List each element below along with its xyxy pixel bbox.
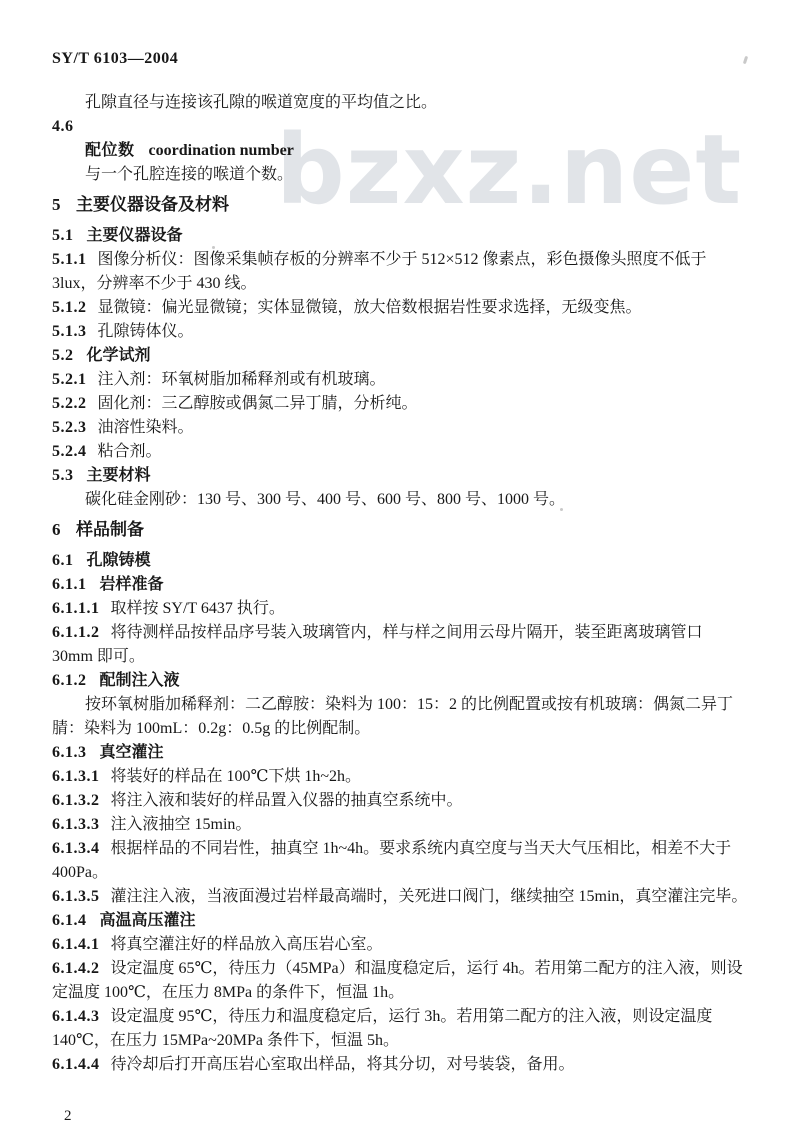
clause-number: 5.1 bbox=[52, 227, 74, 244]
line-text: 主要材料 bbox=[87, 467, 151, 484]
doc-line: 6.1.4高温高压灌注 bbox=[52, 912, 762, 929]
doc-line: 5.2化学试剂 bbox=[52, 347, 762, 364]
line-text: 高温高压灌注 bbox=[100, 912, 196, 929]
clause-number: 6.1 bbox=[52, 552, 74, 569]
line-text: 孔隙直径与连接该孔隙的喉道宽度的平均值之比。 bbox=[85, 94, 437, 111]
scan-artifact bbox=[240, 634, 244, 637]
clause-number: 5 bbox=[52, 195, 61, 214]
clause-number: 6 bbox=[52, 520, 61, 539]
clause-number: 6.1.1.1 bbox=[52, 600, 100, 617]
doc-line: 配位数coordination number bbox=[52, 142, 762, 159]
clause-number: 配位数 bbox=[85, 142, 135, 159]
doc-line: 5.2.4粘合剂。 bbox=[52, 443, 762, 460]
doc-line: 6.1.3.2将注入液和装好的样品置入仪器的抽真空系统中。 bbox=[52, 792, 762, 809]
doc-line: 5主要仪器设备及材料 bbox=[52, 196, 762, 213]
doc-line: 6.1.3真空灌注 bbox=[52, 744, 762, 761]
line-text: 待冷却后打开高压岩心室取出样品，将其分切，对号装袋，备用。 bbox=[111, 1056, 575, 1073]
line-text: 孔隙铸体仪。 bbox=[98, 323, 194, 340]
line-text: 注入剂：环氧树脂加稀释剂或有机玻璃。 bbox=[98, 371, 386, 388]
doc-line: 140℃，在压力 15MPa~20MPa 条件下，恒温 5h。 bbox=[52, 1032, 762, 1049]
line-text: 配制注入液 bbox=[100, 672, 180, 689]
page-number: 2 bbox=[64, 1108, 72, 1125]
doc-line: 5.1.3孔隙铸体仪。 bbox=[52, 323, 762, 340]
clause-number: 6.1.3.2 bbox=[52, 792, 100, 809]
line-text: 油溶性染料。 bbox=[98, 419, 194, 436]
line-text: 30mm 即可。 bbox=[52, 648, 145, 665]
doc-line: 6.1.3.5灌注注入液，当液面漫过岩样最高端时，关死进口阀门，继续抽空 15m… bbox=[52, 888, 762, 905]
line-text: 注入液抽空 15min。 bbox=[111, 816, 252, 833]
line-text: 样品制备 bbox=[76, 520, 144, 539]
line-text: 将待测样品按样品序号装入玻璃管内，样与样之间用云母片隔开，装至距离玻璃管口 bbox=[111, 624, 703, 641]
doc-line: 4.6 bbox=[52, 118, 762, 135]
doc-line: 6.1.4.3设定温度 95℃，待压力和温度稳定后，运行 3h。若用第二配方的注… bbox=[52, 1008, 762, 1025]
doc-line: 6样品制备 bbox=[52, 521, 762, 538]
standard-number-header: SY/T 6103—2004 bbox=[52, 50, 762, 68]
doc-line: 5.1.2显微镜：偏光显微镜；实体显微镜，放大倍数根据岩性要求选择，无级变焦。 bbox=[52, 299, 762, 316]
clause-number: 4.6 bbox=[52, 118, 74, 135]
clause-number: 6.1.3.5 bbox=[52, 888, 100, 905]
doc-line: 6.1.2配制注入液 bbox=[52, 672, 762, 689]
doc-line: 5.2.1注入剂：环氧树脂加稀释剂或有机玻璃。 bbox=[52, 371, 762, 388]
doc-line: 5.2.2固化剂：三乙醇胺或偶氮二异丁腈，分析纯。 bbox=[52, 395, 762, 412]
line-text: 取样按 SY/T 6437 执行。 bbox=[111, 600, 285, 617]
doc-line: 5.3主要材料 bbox=[52, 467, 762, 484]
line-text: 将真空灌注好的样品放入高压岩心室。 bbox=[111, 936, 383, 953]
doc-line: 6.1.3.4根据样品的不同岩性，抽真空 1h~4h。要求系统内真空度与当天大气… bbox=[52, 840, 762, 857]
clause-number: 5.1.3 bbox=[52, 323, 87, 340]
clause-number: 6.1.3.4 bbox=[52, 840, 100, 857]
clause-number: 6.1.2 bbox=[52, 672, 87, 689]
line-text: 腈：染料为 100mL：0.2g：0.5g 的比例配制。 bbox=[52, 720, 370, 737]
clause-number: 5.2.4 bbox=[52, 443, 87, 460]
line-text: 化学试剂 bbox=[87, 347, 151, 364]
clause-number: 6.1.4.4 bbox=[52, 1056, 100, 1073]
line-text: 图像分析仪：图像采集帧存板的分辨率不少于 512×512 像素点，彩色摄像头照度… bbox=[98, 251, 707, 268]
doc-line: 与一个孔腔连接的喉道个数。 bbox=[52, 166, 762, 183]
line-text: 碳化硅金刚砂：130 号、300 号、400 号、600 号、800 号、100… bbox=[85, 491, 565, 508]
doc-line: 400Pa。 bbox=[52, 864, 762, 881]
doc-line: 6.1.4.1将真空灌注好的样品放入高压岩心室。 bbox=[52, 936, 762, 953]
scan-artifact bbox=[560, 508, 563, 511]
clause-number: 6.1.4.1 bbox=[52, 936, 100, 953]
line-text: 真空灌注 bbox=[100, 744, 164, 761]
line-text: 与一个孔腔连接的喉道个数。 bbox=[85, 166, 293, 183]
doc-line: 孔隙直径与连接该孔隙的喉道宽度的平均值之比。 bbox=[52, 94, 762, 111]
doc-line: 5.2.3油溶性染料。 bbox=[52, 419, 762, 436]
line-text: 根据样品的不同岩性，抽真空 1h~4h。要求系统内真空度与当天大气压相比，相差不… bbox=[111, 840, 732, 857]
doc-line: 定温度 100℃，在压力 8MPa 的条件下，恒温 1h。 bbox=[52, 984, 762, 1001]
document-content: SY/T 6103—2004 孔隙直径与连接该孔隙的喉道宽度的平均值之比。4.6… bbox=[52, 50, 762, 1080]
clause-number: 5.1.2 bbox=[52, 299, 87, 316]
doc-line: 按环氧树脂加稀释剂：二乙醇胺：染料为 100：15：2 的比例配置或按有机玻璃：… bbox=[52, 696, 762, 713]
clause-number: 5.2 bbox=[52, 347, 74, 364]
line-text: 岩样准备 bbox=[100, 576, 164, 593]
line-text: 定温度 100℃，在压力 8MPa 的条件下，恒温 1h。 bbox=[52, 984, 404, 1001]
scanned-document-page: bzxz.net SY/T 6103—2004 孔隙直径与连接该孔隙的喉道宽度的… bbox=[0, 0, 800, 1143]
clause-number: 5.3 bbox=[52, 467, 74, 484]
line-text: 固化剂：三乙醇胺或偶氮二异丁腈，分析纯。 bbox=[98, 395, 418, 412]
doc-line: 5.1主要仪器设备 bbox=[52, 227, 762, 244]
line-text: 400Pa。 bbox=[52, 864, 108, 881]
line-text: 灌注注入液，当液面漫过岩样最高端时，关死进口阀门，继续抽空 15min，真空灌注… bbox=[111, 888, 748, 905]
line-text: 孔隙铸模 bbox=[87, 552, 151, 569]
line-text: 粘合剂。 bbox=[98, 443, 162, 460]
doc-line: 6.1.4.2设定温度 65℃，待压力（45MPa）和温度稳定后，运行 4h。若… bbox=[52, 960, 762, 977]
line-text: 主要仪器设备 bbox=[87, 227, 183, 244]
clause-number: 5.1.1 bbox=[52, 251, 87, 268]
line-text: 主要仪器设备及材料 bbox=[76, 195, 229, 214]
clause-number: 6.1.1.2 bbox=[52, 624, 100, 641]
doc-line: 腈：染料为 100mL：0.2g：0.5g 的比例配制。 bbox=[52, 720, 762, 737]
line-text: 将注入液和装好的样品置入仪器的抽真空系统中。 bbox=[111, 792, 463, 809]
line-text: 140℃，在压力 15MPa~20MPa 条件下，恒温 5h。 bbox=[52, 1032, 399, 1049]
clause-number: 6.1.3.1 bbox=[52, 768, 100, 785]
clause-number: 6.1.1 bbox=[52, 576, 87, 593]
doc-line: 3lux，分辨率不少于 430 线。 bbox=[52, 275, 762, 292]
clause-number: 6.1.4 bbox=[52, 912, 87, 929]
clause-number: 6.1.3 bbox=[52, 744, 87, 761]
clause-number: 6.1.4.2 bbox=[52, 960, 100, 977]
line-text: 按环氧树脂加稀释剂：二乙醇胺：染料为 100：15：2 的比例配置或按有机玻璃：… bbox=[85, 696, 733, 713]
clause-number: 5.2.3 bbox=[52, 419, 87, 436]
clause-number: 6.1.3.3 bbox=[52, 816, 100, 833]
doc-line: 6.1.4.4待冷却后打开高压岩心室取出样品，将其分切，对号装袋，备用。 bbox=[52, 1056, 762, 1073]
line-text: 设定温度 95℃，待压力和温度稳定后，运行 3h。若用第二配方的注入液，则设定温… bbox=[111, 1008, 713, 1025]
doc-line: 6.1.3.3注入液抽空 15min。 bbox=[52, 816, 762, 833]
doc-line: 6.1.1.2将待测样品按样品序号装入玻璃管内，样与样之间用云母片隔开，装至距离… bbox=[52, 624, 762, 641]
scan-artifact bbox=[212, 246, 215, 249]
clause-number: 5.2.1 bbox=[52, 371, 87, 388]
doc-line: 碳化硅金刚砂：130 号、300 号、400 号、600 号、800 号、100… bbox=[52, 491, 762, 508]
document-body: 孔隙直径与连接该孔隙的喉道宽度的平均值之比。4.6配位数coordination… bbox=[52, 94, 762, 1073]
line-text: 3lux，分辨率不少于 430 线。 bbox=[52, 275, 256, 292]
doc-line: 6.1.3.1将装好的样品在 100℃下烘 1h~2h。 bbox=[52, 768, 762, 785]
line-text: coordination number bbox=[149, 142, 294, 159]
doc-line: 5.1.1图像分析仪：图像采集帧存板的分辨率不少于 512×512 像素点，彩色… bbox=[52, 251, 762, 268]
line-text: 将装好的样品在 100℃下烘 1h~2h。 bbox=[111, 768, 362, 785]
doc-line: 6.1孔隙铸模 bbox=[52, 552, 762, 569]
doc-line: 6.1.1.1取样按 SY/T 6437 执行。 bbox=[52, 600, 762, 617]
line-text: 显微镜：偏光显微镜；实体显微镜，放大倍数根据岩性要求选择，无级变焦。 bbox=[98, 299, 642, 316]
clause-number: 5.2.2 bbox=[52, 395, 87, 412]
clause-number: 6.1.4.3 bbox=[52, 1008, 100, 1025]
doc-line: 6.1.1岩样准备 bbox=[52, 576, 762, 593]
line-text: 设定温度 65℃，待压力（45MPa）和温度稳定后，运行 4h。若用第二配方的注… bbox=[111, 960, 743, 977]
doc-line: 30mm 即可。 bbox=[52, 648, 762, 665]
